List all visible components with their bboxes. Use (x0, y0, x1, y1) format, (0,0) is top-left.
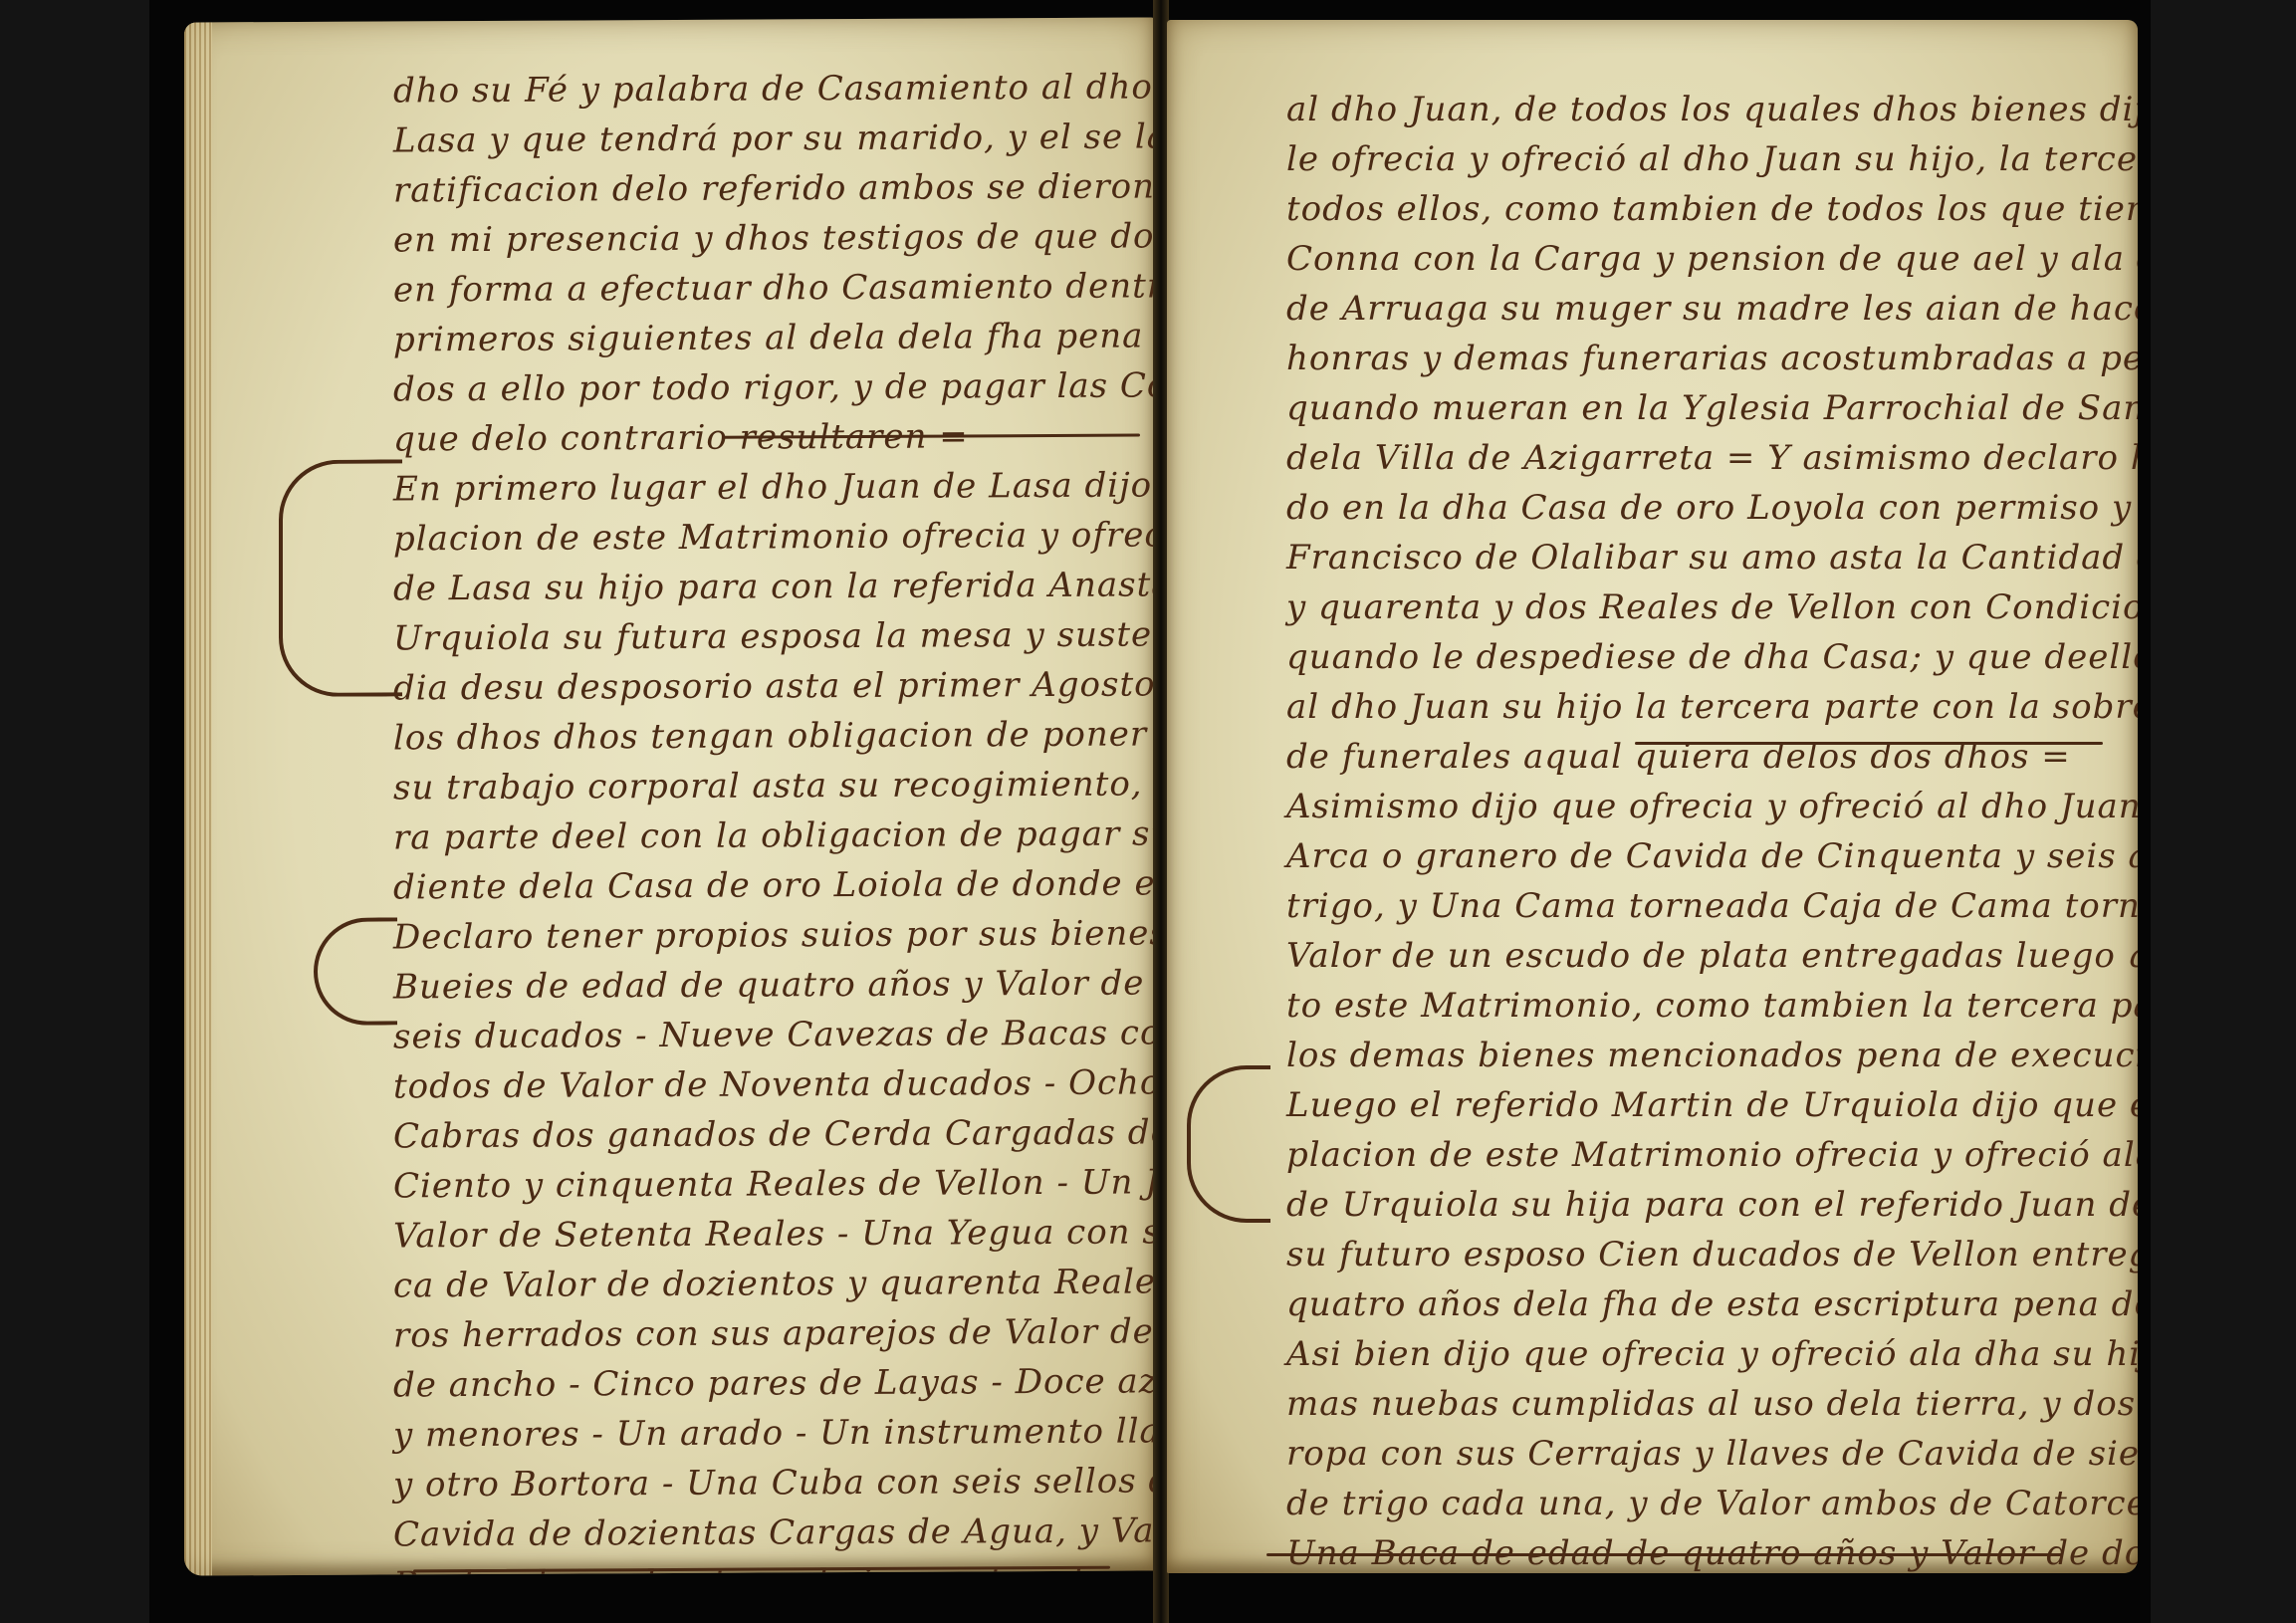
text-line: Lasa y que tendrá por su marido, y el se… (393, 116, 1155, 160)
text-line: placion de este Matrimonio ofrecia y ofr… (393, 514, 1155, 559)
text-line: trigo, y Una Cama torneada Caja de Cama … (1286, 886, 2138, 926)
text-line: mas nuebas cumplidas al uso dela tierra,… (1286, 1384, 2138, 1424)
text-line: Cabras dos ganados de Cerda Cargadas de … (393, 1112, 1155, 1157)
paragraph-flourish (314, 917, 397, 1025)
text-line: le ofrecia y ofreció al dho Juan su hijo… (1286, 139, 2138, 179)
text-line: Valor de un escudo de plata entregadas l… (1286, 936, 2138, 976)
text-line: ropa con sus Cerrajas y llaves de Cavida… (1286, 1434, 2138, 1474)
text-line: dela Villa de Azigarreta = Y asimismo de… (1286, 438, 2138, 478)
text-line: placion de este Matrimonio ofrecia y ofr… (1286, 1135, 2138, 1175)
paragraph-flourish (1187, 1065, 1270, 1223)
text-line: ra parte deel con la obligacion de pagar… (393, 812, 1155, 858)
text-line: to este Matrimonio, como tambien la terc… (1286, 986, 2138, 1026)
text-line: su trabajo corporal asta su recogimiento… (393, 763, 1155, 809)
text-line: Ciento y cinquenta Reales de Vellon - Un… (393, 1161, 1155, 1206)
text-line: Bueies de edad de quatro años y Valor de… (393, 962, 1155, 1007)
left-page: dho su Fé y palabra de Casamiento al dho… (184, 17, 1155, 1575)
text-line: de Arruaga su muger su madre les aian de… (1286, 289, 2138, 329)
text-line: al dho Juan, de todos los quales dhos bi… (1286, 90, 2138, 129)
text-line: Arca o granero de Cavida de Cinquenta y … (1286, 836, 2138, 876)
text-line: Urquiola su futura esposa la mesa y sust… (393, 613, 1155, 658)
text-line: los demas bienes mencionados pena de exe… (1286, 1036, 2138, 1075)
text-line: de Urquiola su hija para con el referido… (1286, 1185, 2138, 1225)
text-line: en mi presencia y dhos testigos de que d… (393, 215, 1155, 261)
text-line: quando mueran en la Yglesia Parrochial d… (1286, 388, 2138, 428)
left-page-text: dho su Fé y palabra de Casamiento al dho… (184, 67, 1155, 72)
end-rule (1266, 1553, 2063, 1556)
paragraph-flourish (279, 459, 402, 697)
text-line: Valor de Setenta Reales - Una Yegua con … (393, 1211, 1155, 1256)
text-line: los dhos dhos tengan obligacion de poner… (393, 713, 1155, 759)
text-line: Francisco de Olalibar su amo asta la Can… (1286, 538, 2138, 578)
text-line: diente dela Casa de oro Loiola de donde … (393, 862, 1155, 907)
text-line: su futuro esposo Cien ducados de Vellon … (1286, 1235, 2138, 1275)
text-line: quatro años dela fha de esta escriptura … (1286, 1284, 2138, 1324)
text-line: Conna con la Carga y pension de que ael … (1286, 239, 2138, 279)
text-line: ca de Valor de dozientos y quarenta Real… (393, 1261, 1155, 1305)
right-page: 252 al dho Juan, de todos los quales dho… (1167, 20, 2138, 1573)
text-line: Asimismo dijo que ofrecia y ofreció al d… (1286, 787, 2138, 826)
text-line: y otro Bortora - Una Cuba con seis sello… (393, 1460, 1155, 1505)
text-line: que delo contrario resultaren = (393, 416, 969, 459)
text-line: primeros siguientes al dela dela fha pen… (393, 315, 1155, 359)
text-line: de Lasa su hijo para con la referida Ana… (393, 565, 1155, 609)
text-line: dia desu desposorio asta el primer Agost… (393, 663, 1155, 708)
text-line: quando le despediese de dha Casa; y que … (1286, 637, 2138, 677)
text-line: dho su Fé y palabra de Casamiento al dho… (393, 67, 1155, 112)
text-line: Cavida de dozientas Cargas de Agua, y Va… (393, 1509, 1155, 1554)
text-line: En primero lugar el dho Juan de Lasa dij… (393, 464, 1155, 509)
text-line: Asi bien dijo que ofrecia y ofreció ala … (1286, 1334, 2138, 1374)
text-line: Luego el referido Martin de Urquiola dij… (1286, 1085, 2138, 1125)
text-line: Declaro tener propios suios por sus bien… (393, 912, 1155, 957)
text-line: ros herrados con sus aparejos de Valor d… (393, 1310, 1155, 1355)
text-line: todos ellos, como tambien de todos los q… (1286, 189, 2138, 229)
text-line: ratificacion delo referido ambos se dier… (393, 165, 1155, 210)
text-line: todos de Valor de Noventa ducados - Ocho… (393, 1061, 1155, 1106)
text-line: de ancho - Cinco pares de Layas - Doce a… (393, 1360, 1155, 1405)
text-line: y menores - Un arado - Un instrumento ll… (393, 1410, 1155, 1455)
text-line: honras y demas funerarias acostumbradas … (1286, 339, 2138, 378)
text-line: al dho Juan su hijo la tercera parte con… (1286, 687, 2138, 727)
text-line: dos a ello por todo rigor, y de pagar la… (393, 364, 1155, 409)
text-line: seis ducados - Nueve Cavezas de Bacas co… (393, 1012, 1155, 1056)
text-line: y quarenta y dos Reales de Vellon con Co… (1286, 587, 2138, 627)
closing-rule (1635, 742, 2103, 745)
text-line: de trigo cada una, y de Valor ambos de C… (1286, 1484, 2138, 1523)
text-line: en forma a efectuar dho Casamiento dentr… (393, 265, 1155, 311)
text-line: do en la dha Casa de oro Loyola con perm… (1286, 488, 2138, 528)
